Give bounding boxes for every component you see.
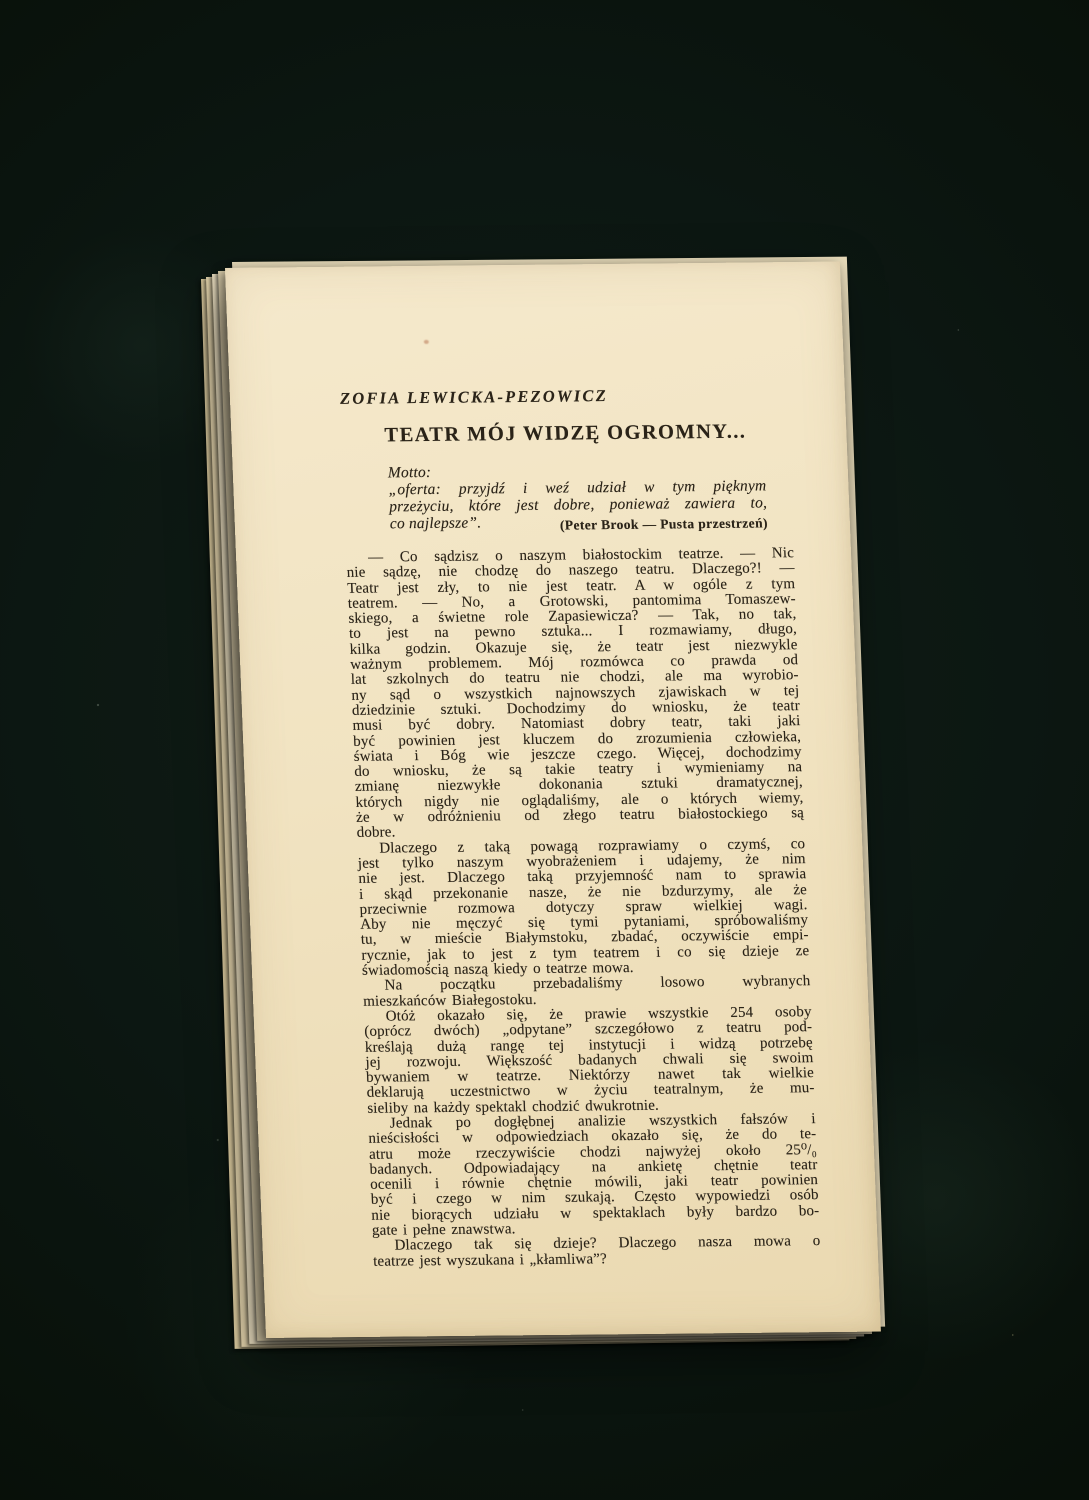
motto-block: Motto: „oferta: przyjdź i weź udział w t… [388,460,769,535]
paragraph: Dlaczego z taką powagą rozprawiamy o czy… [357,837,810,979]
page-content: ZOFIA LEWICKA-PEZOWICZ TEATR MÓJ WIDZĘ O… [340,384,822,1270]
body-text: — Co sądzisz o naszym białostockim teatr… [346,546,821,1270]
article-title: TEATR MÓJ WIDZĘ OGROMNY... [341,418,790,449]
paragraph: Jednak po dogłębnej analizie wszystkich … [368,1112,821,1239]
paragraph: Dlaczego tak się dzieje? Dlaczego nasza … [372,1234,821,1269]
author-line: ZOFIA LEWICKA-PEZOWICZ [340,384,789,409]
paper-stain [424,340,429,344]
document-page: ZOFIA LEWICKA-PEZOWICZ TEATR MÓJ WIDZĘ O… [225,262,881,1338]
text-line: teatrze jest wyszukana i „kłamliwa”? [373,1250,821,1270]
photo-background: ZOFIA LEWICKA-PEZOWICZ TEATR MÓJ WIDZĘ O… [0,0,1089,1500]
paragraph: Otóż okazało się, że prawie wszystkie 25… [363,1005,815,1117]
paragraph: — Co sądzisz o naszym białostockim teatr… [346,546,805,841]
